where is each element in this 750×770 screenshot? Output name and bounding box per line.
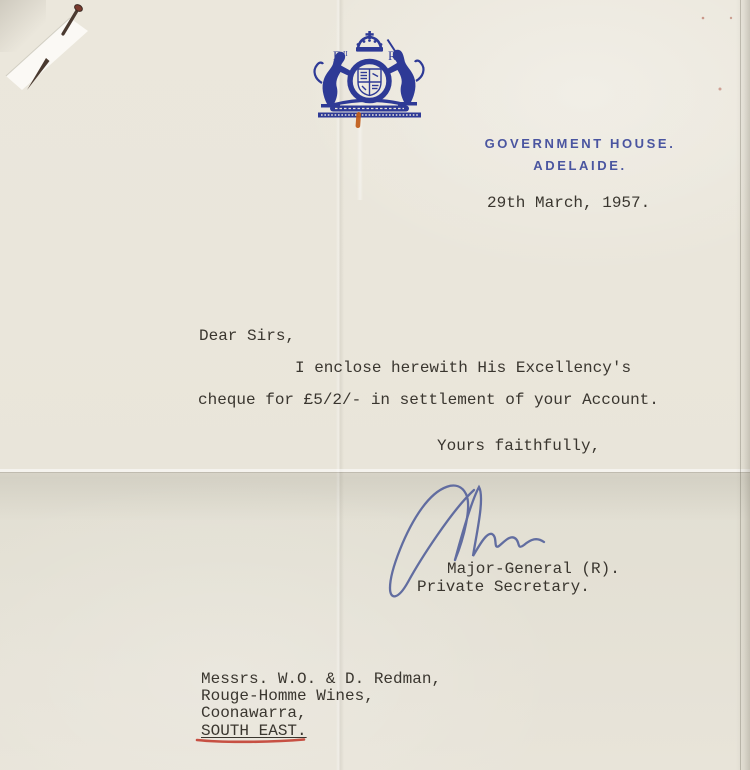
royal-coat-of-arms: E II R	[308, 26, 428, 120]
recipient-address: Messrs. W.O. & D. Redman, Rouge-Homme Wi…	[201, 671, 441, 740]
date-line: 29th March, 1957.	[487, 195, 650, 212]
lion-tail	[315, 63, 323, 83]
paper-speck	[702, 17, 705, 20]
red-ink-underline	[197, 740, 304, 742]
straight-pin-shaft	[63, 9, 78, 34]
salutation: Dear Sirs,	[199, 328, 295, 345]
corner-shadow	[0, 0, 46, 52]
quartered-shield	[358, 69, 381, 96]
paper-right-edge	[740, 0, 741, 770]
straight-pin-tip	[27, 58, 50, 90]
letterhead: GOVERNMENT HOUSE. ADELAIDE.	[468, 136, 692, 173]
recipient-line2: Rouge-Homme Wines,	[201, 688, 441, 705]
body-line2: cheque for £5/2/- in settlement of your …	[198, 392, 659, 409]
body-line1: I enclose herewith His Excellency's	[295, 360, 631, 377]
letterhead-line1: GOVERNMENT HOUSE.	[468, 136, 692, 151]
letterhead-line2: ADELAIDE.	[468, 158, 692, 173]
fold-crease-horizontal-shadow	[0, 473, 750, 521]
straight-pin-head	[73, 3, 83, 13]
lion-supporter	[321, 52, 351, 108]
paper-speck	[719, 88, 722, 91]
recipient-line4: SOUTH EAST.	[201, 723, 441, 740]
closing: Yours faithfully,	[437, 438, 600, 455]
unicorn-tail	[415, 61, 423, 81]
signature-title1: Major-General (R).	[447, 561, 620, 578]
paper-speck	[730, 17, 732, 19]
paper-right-edge-shadow	[736, 0, 750, 770]
recipient-line3: Coonawarra,	[201, 705, 441, 722]
scanned-letter: E II R	[0, 0, 750, 770]
recipient-line1: Messrs. W.O. & D. Redman,	[201, 671, 441, 688]
signature-title2: Private Secretary.	[417, 579, 590, 596]
